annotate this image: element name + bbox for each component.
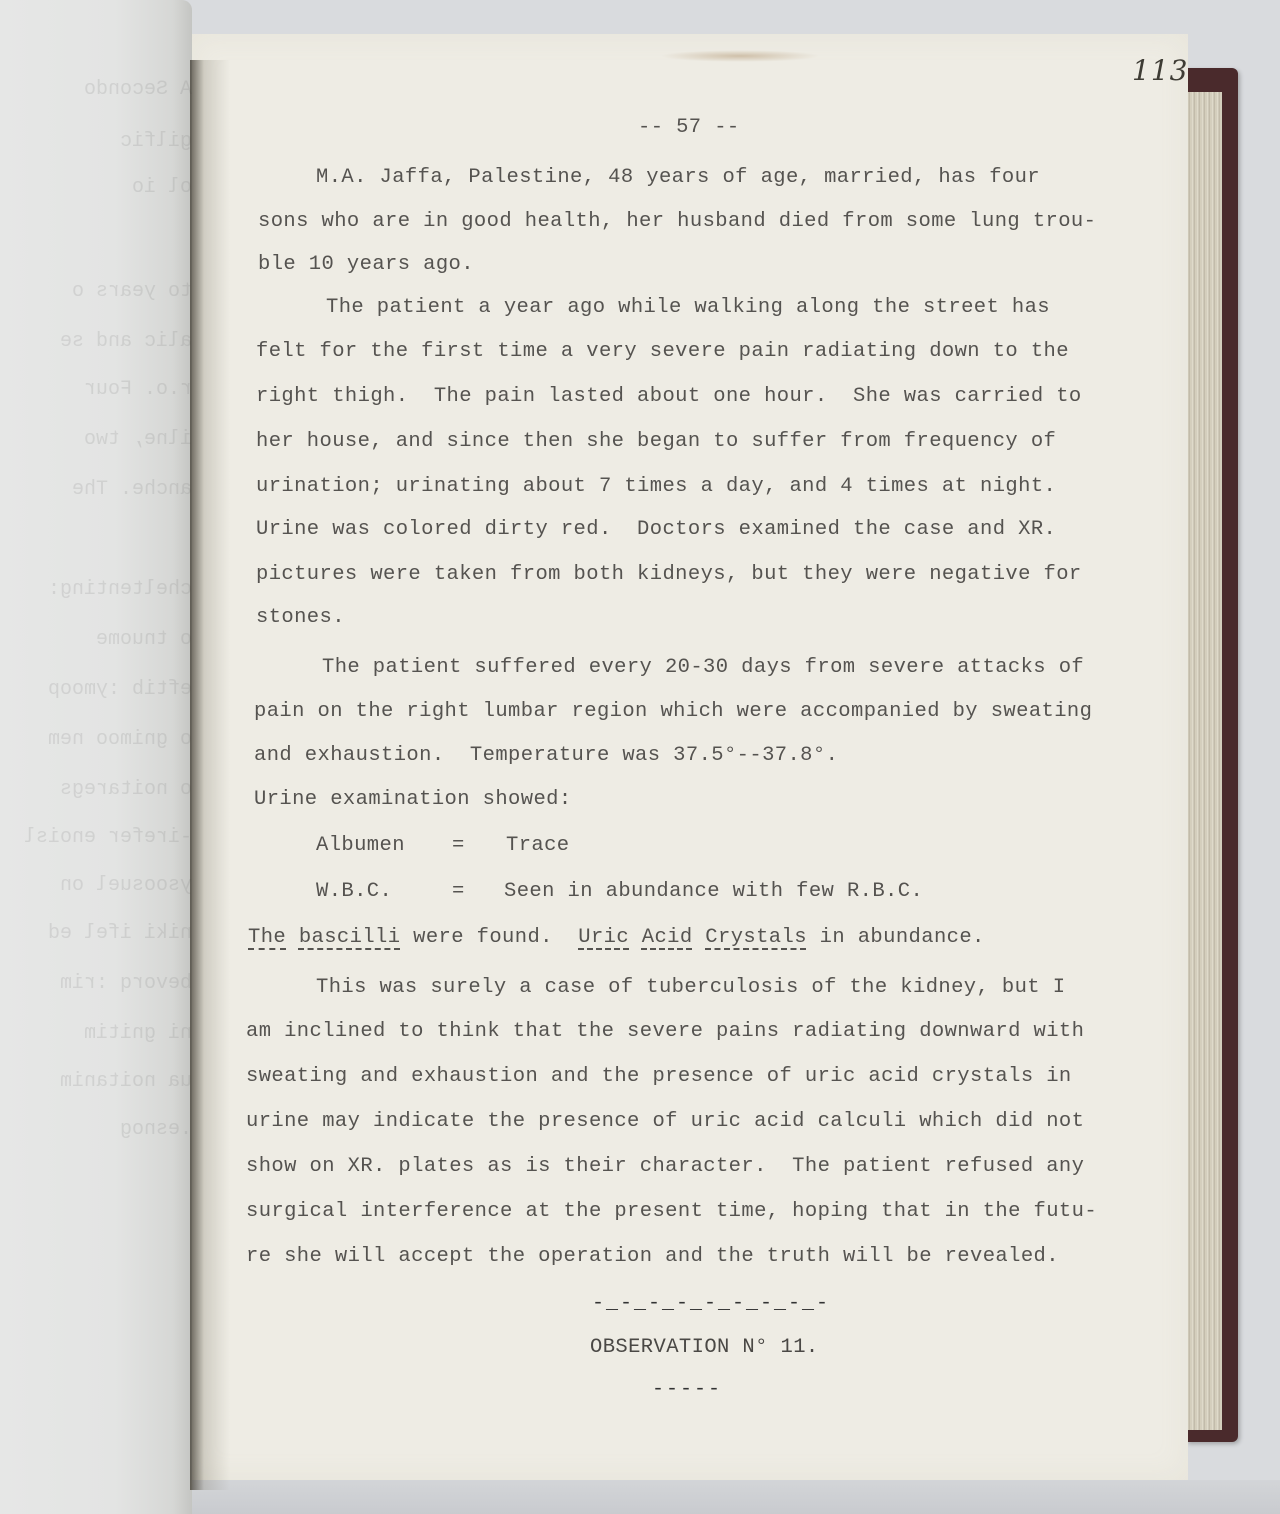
show-through-text: ysoosuel on <box>0 874 192 897</box>
facing-page: A Secondo gilfic ol io to years o alic a… <box>0 0 192 1514</box>
folio-number: 113 <box>1132 54 1188 87</box>
findings-text: were found. <box>400 926 578 949</box>
text-line: surgical interference at the present tim… <box>246 1200 1097 1223</box>
show-through-text: ilne, two <box>0 428 192 451</box>
underlined-word: Uric <box>578 926 629 949</box>
result-label-wbc: W.B.C. <box>316 880 392 903</box>
foxing-stain <box>660 50 820 62</box>
text-line: stones. <box>256 606 345 629</box>
text-line: sweating and exhaustion and the presence… <box>246 1065 1072 1088</box>
show-through-text: ol io <box>0 176 192 199</box>
result-value-albumen: Trace <box>506 834 570 857</box>
text-line: M.A. Jaffa, Palestine, 48 years of age, … <box>316 166 1040 189</box>
text-line: This was surely a case of tuberculosis o… <box>316 976 1065 999</box>
result-equals: = <box>452 880 465 903</box>
show-through-text: bevorq :rim <box>0 972 192 995</box>
underlined-word: Crystals <box>705 926 807 949</box>
page-stack-edges <box>1186 92 1222 1430</box>
show-through-text: eftib :ymoop <box>0 678 192 701</box>
observation-heading: OBSERVATION N° 11. <box>590 1336 819 1359</box>
text-line: sons who are in good health, her husband… <box>258 210 1096 233</box>
show-through-text: o gnimoo nem <box>0 728 192 751</box>
show-through-text: A Secondo <box>0 78 192 101</box>
underlined-word: Acid <box>642 926 693 949</box>
result-equals: = <box>452 834 465 857</box>
text-line: urination; urinating about 7 times a day… <box>256 475 1056 498</box>
show-through-text: ni gnitim <box>0 1022 192 1045</box>
text-line: right thigh. The pain lasted about one h… <box>256 385 1082 408</box>
text-line: show on XR. plates as is their character… <box>246 1155 1084 1178</box>
text-line: felt for the first time a very severe pa… <box>256 340 1069 363</box>
text-line: The patient suffered every 20-30 days fr… <box>322 656 1084 679</box>
gutter-shadow <box>190 60 230 1490</box>
underlined-word: bascilli <box>299 926 401 949</box>
result-value-wbc: Seen in abundance with few R.B.C. <box>504 880 923 903</box>
text-line: Urine examination showed: <box>254 788 572 811</box>
findings-line: The bascilli were found. Uric Acid Cryst… <box>248 926 985 949</box>
show-through-text: -irefer enoisl <box>0 826 192 849</box>
separator-rule: -_-_-_-_-_-_-_-_- <box>592 1292 830 1315</box>
text-line: pain on the right lumbar region which we… <box>254 700 1092 723</box>
show-through-text: alic and se <box>0 330 192 353</box>
text-line: and exhaustion. Temperature was 37.5°--3… <box>254 744 838 767</box>
findings-text: in abundance. <box>807 926 985 949</box>
text-line: ble 10 years ago. <box>258 253 474 276</box>
underlined-word: The <box>248 926 286 949</box>
end-rule: ----- <box>652 1378 722 1401</box>
show-through-text: r.o. Four <box>0 378 192 401</box>
show-through-text: niki ifel ed <box>0 922 192 945</box>
show-through-text: anche. The <box>0 478 192 501</box>
text-line: Urine was colored dirty red. Doctors exa… <box>256 518 1056 541</box>
text-line: The patient a year ago while walking alo… <box>326 296 1050 319</box>
show-through-text: gilfic <box>0 130 192 153</box>
show-through-text: ua noitanim <box>0 1070 192 1093</box>
show-through-text: cheltenting: <box>0 578 192 601</box>
text-line: re she will accept the operation and the… <box>246 1245 1059 1268</box>
text-line: urine may indicate the presence of uric … <box>246 1110 1084 1133</box>
show-through-text: .esnog <box>0 1118 192 1141</box>
text-line: her house, and since then she began to s… <box>256 430 1056 453</box>
text-line: am inclined to think that the severe pai… <box>246 1020 1084 1043</box>
result-label-albumen: Albumen <box>316 834 405 857</box>
show-through-text: o noitaregs <box>0 778 192 801</box>
page-number: -- 57 -- <box>638 116 740 139</box>
show-through-text: o tnuome <box>0 628 192 651</box>
text-line: pictures were taken from both kidneys, b… <box>256 563 1082 586</box>
show-through-text: to years o <box>0 280 192 303</box>
